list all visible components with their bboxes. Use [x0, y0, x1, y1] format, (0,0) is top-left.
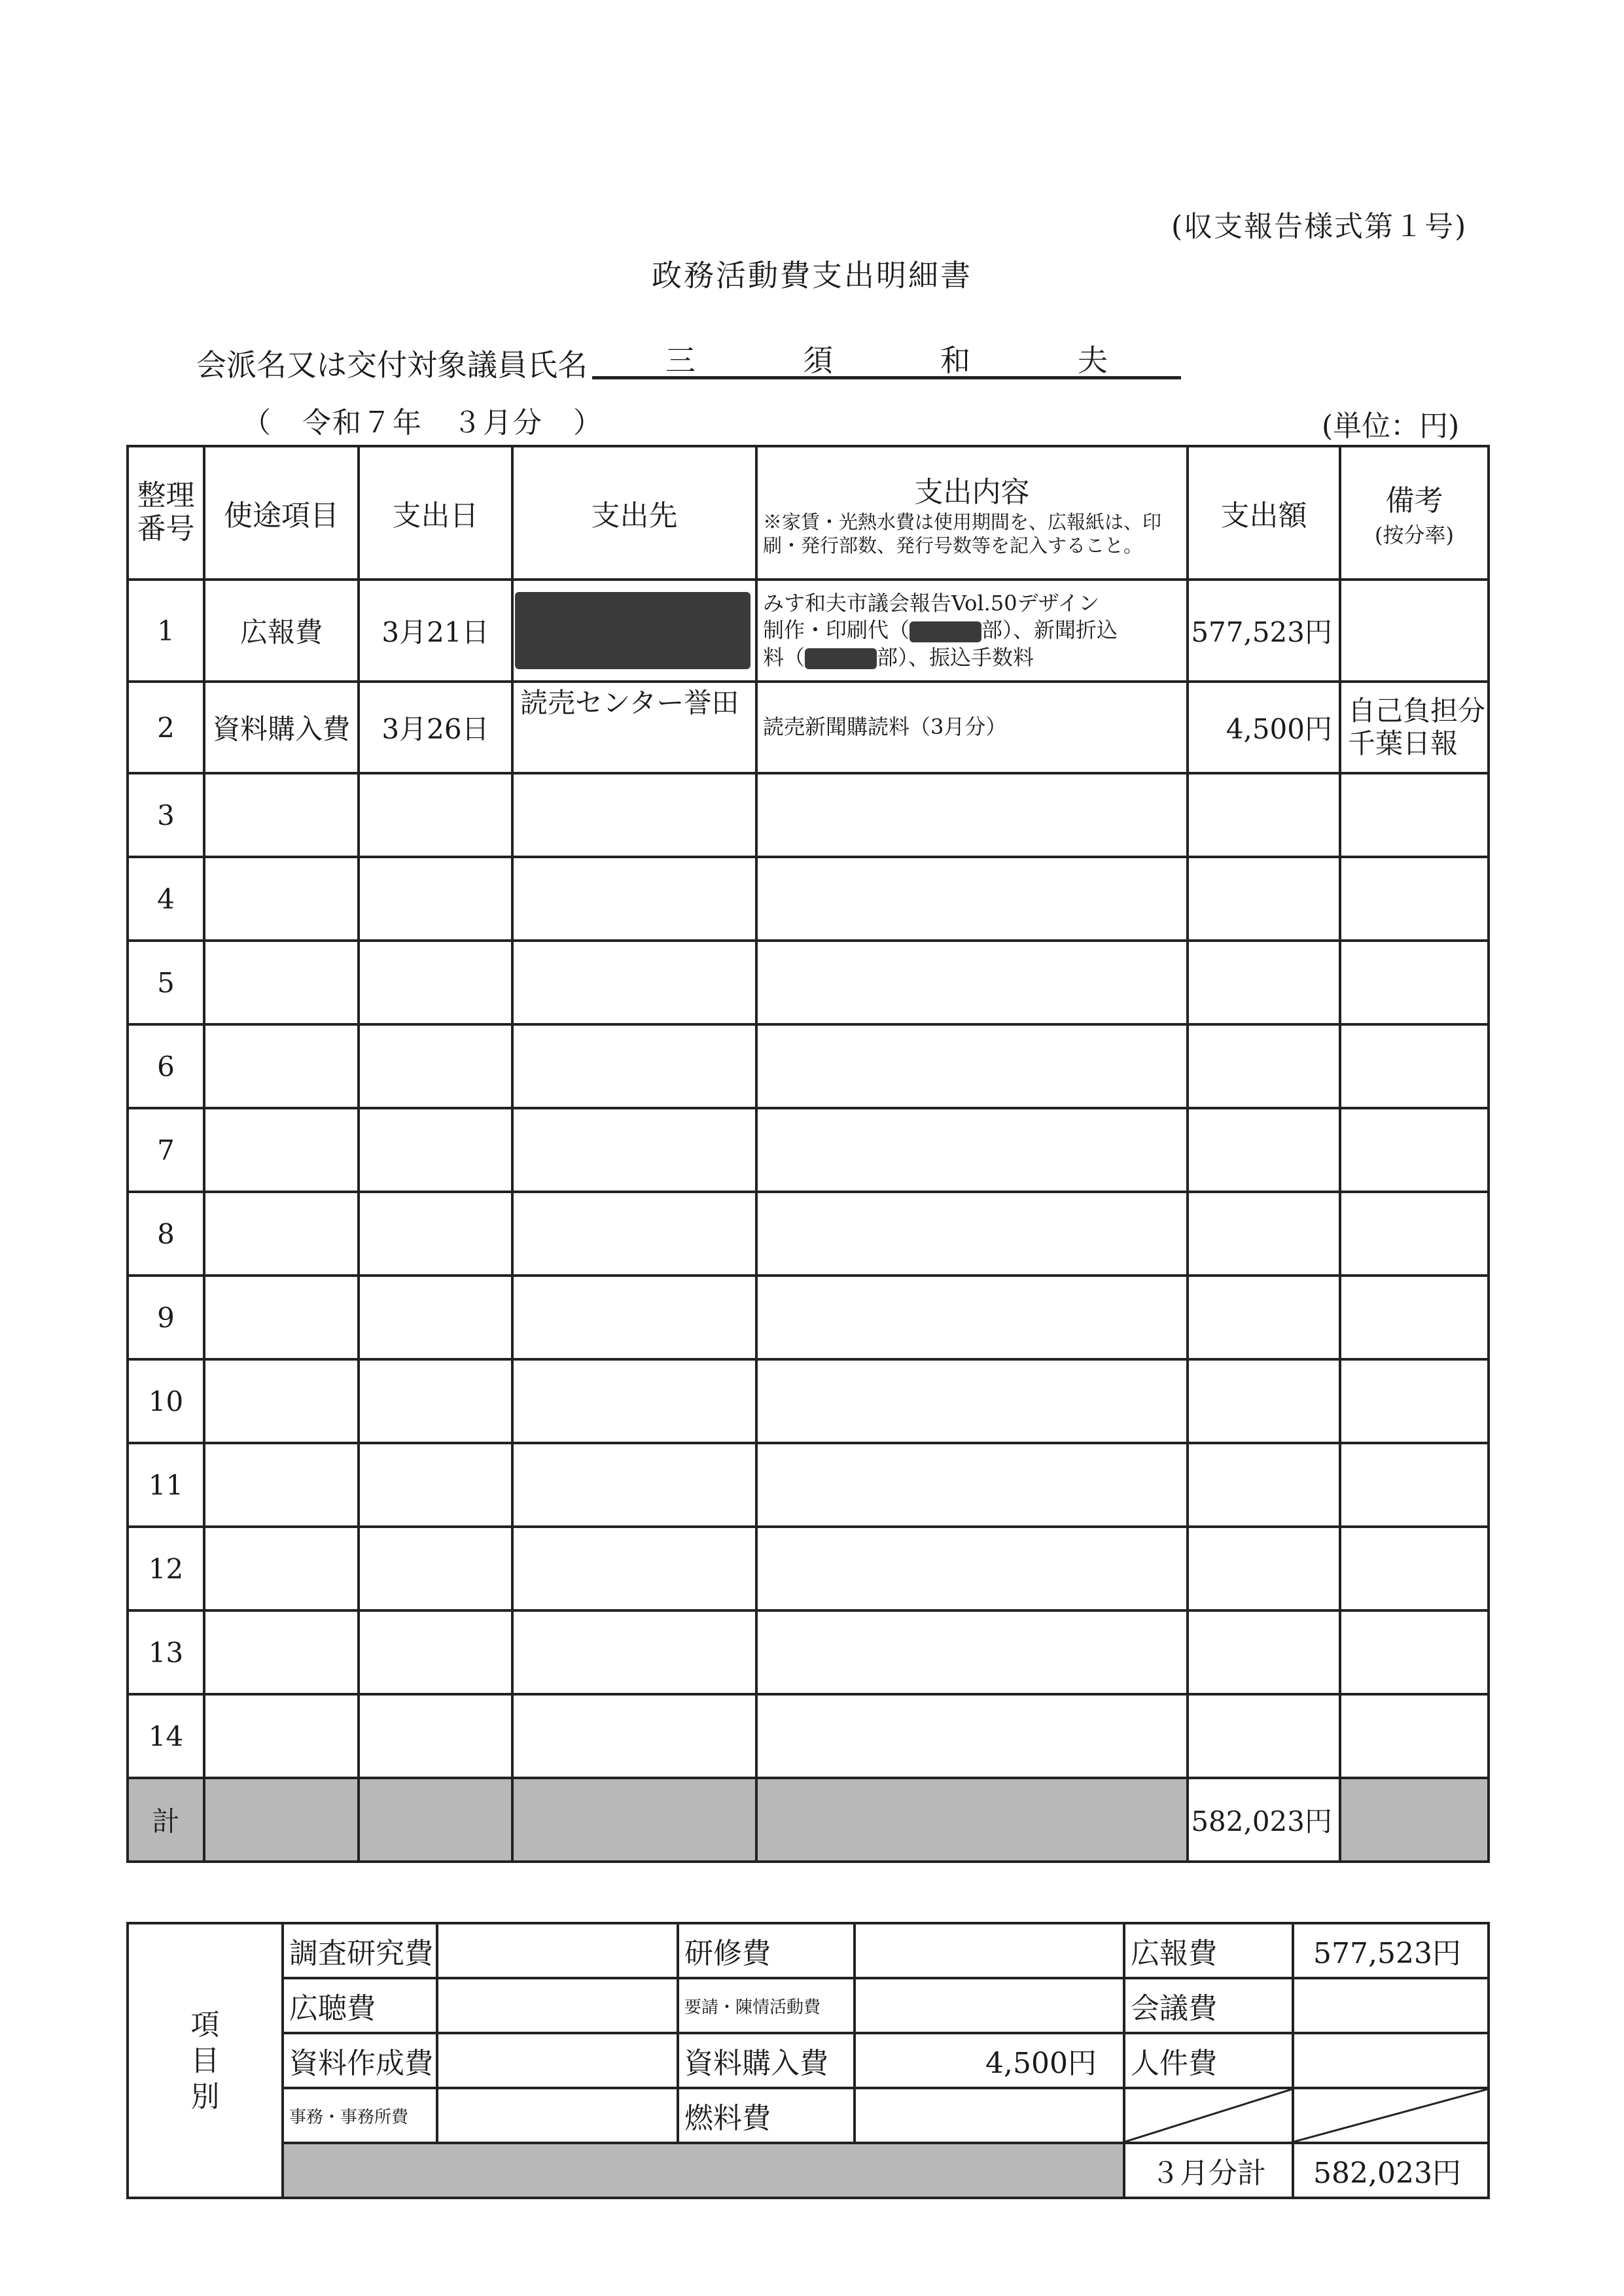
row-empty-cell [1340, 1108, 1489, 1192]
summary-value [855, 1923, 1124, 1978]
table-row: 9 [128, 1276, 1489, 1359]
row-empty-cell [756, 941, 1188, 1024]
row-empty-cell [204, 1694, 359, 1778]
header-remarks-sub: (按分率) [1341, 519, 1487, 549]
summary-total-empty [283, 2143, 1124, 2198]
row-no: 11 [128, 1443, 204, 1527]
row-empty-cell [512, 941, 756, 1024]
summary-label: 会議費 [1124, 1978, 1293, 2033]
header-no: 整理番号 [128, 446, 204, 580]
table-row: 5 [128, 941, 1489, 1024]
diagonal-line-icon [1294, 2089, 1487, 2142]
row-empty-cell [359, 1108, 512, 1192]
summary-value: 577,523円 [1293, 1923, 1489, 1978]
row-empty-cell [1188, 773, 1340, 857]
row-empty-cell [756, 1443, 1188, 1527]
month-total-label: ３月分計 [1124, 2143, 1293, 2198]
row-no: 1 [128, 580, 204, 682]
row-empty-cell [359, 857, 512, 941]
total-empty [1340, 1778, 1489, 1862]
row-empty-cell [1188, 1108, 1340, 1192]
row-date: 3月21日 [359, 580, 512, 682]
row-empty-cell [359, 1694, 512, 1778]
row-content: みす和夫市議会報告Vol.50デザイン 制作・印刷代（部）、新聞折込 料（部）、… [756, 580, 1188, 682]
table-row: 8 [128, 1192, 1489, 1276]
row-amount: 577,523円 [1188, 580, 1340, 682]
row-empty-cell [204, 857, 359, 941]
summary-value [855, 1978, 1124, 2033]
row-empty-cell [1340, 1359, 1489, 1443]
row-empty-cell [1188, 941, 1340, 1024]
header-remarks-title: 備考 [1341, 477, 1487, 519]
report-period: （ 令和７年 ３月分 ） [242, 399, 603, 441]
member-name-char: 夫 [1078, 337, 1108, 380]
row-empty-cell [756, 1527, 1188, 1610]
row-empty-cell [204, 1108, 359, 1192]
summary-value [437, 1978, 678, 2033]
header-category: 使途項目 [204, 446, 359, 580]
row-empty-cell [1340, 1024, 1489, 1108]
row-empty-cell [512, 1610, 756, 1694]
redaction-block [909, 621, 981, 642]
diagonal-strike-cell [1293, 2088, 1489, 2143]
total-empty [204, 1778, 359, 1862]
row-empty-cell [1188, 1024, 1340, 1108]
total-row: 計 582,023円 [128, 1778, 1489, 1862]
row-amount: 4,500円 [1188, 682, 1340, 773]
row-empty-cell [512, 1359, 756, 1443]
row-empty-cell [359, 1443, 512, 1527]
summary-label: 研修費 [678, 1923, 855, 1978]
row-no: 12 [128, 1527, 204, 1610]
row-empty-cell [204, 1359, 359, 1443]
summary-value [1293, 1978, 1489, 2033]
row-empty-cell [359, 1276, 512, 1359]
row-category: 広報費 [204, 580, 359, 682]
header-payee: 支出先 [512, 446, 756, 580]
row-empty-cell [204, 1024, 359, 1108]
header-amount: 支出額 [1188, 446, 1340, 580]
row-no: 13 [128, 1610, 204, 1694]
table-row: 7 [128, 1108, 1489, 1192]
summary-value: 4,500円 [855, 2033, 1124, 2088]
row-empty-cell [359, 1359, 512, 1443]
row-empty-cell [1340, 1443, 1489, 1527]
row-empty-cell [512, 1276, 756, 1359]
row-no: 7 [128, 1108, 204, 1192]
row-empty-cell [204, 1192, 359, 1276]
row-empty-cell [756, 1694, 1188, 1778]
row-empty-cell [512, 1192, 756, 1276]
table-row: 6 [128, 1024, 1489, 1108]
row-empty-cell [204, 1443, 359, 1527]
row-no: 14 [128, 1694, 204, 1778]
row-category: 資料購入費 [204, 682, 359, 773]
row-empty-cell [1188, 1359, 1340, 1443]
month-total-value: 582,023円 [1293, 2143, 1489, 2198]
table-row: 3 [128, 773, 1489, 857]
row-no: 10 [128, 1359, 204, 1443]
row-empty-cell [1188, 857, 1340, 941]
category-summary-table: 項目別 調査研究費 研修費 広報費 577,523円 広聴費 要請・陳情活動費 … [126, 1922, 1490, 2199]
row-empty-cell [1188, 1610, 1340, 1694]
table-row: 4 [128, 857, 1489, 941]
table-row: 14 [128, 1694, 1489, 1778]
table-row: 11 [128, 1443, 1489, 1527]
header-remarks: 備考 (按分率) [1340, 446, 1489, 580]
summary-row: 広聴費 要請・陳情活動費 会議費 [128, 1978, 1489, 2033]
expense-detail-table: 整理番号 使途項目 支出日 支出先 支出内容 ※家賃・光熱水費は使用期間を、広報… [126, 445, 1490, 1863]
row-no: 4 [128, 857, 204, 941]
row-empty-cell [359, 1527, 512, 1610]
row-empty-cell [1340, 941, 1489, 1024]
row-no: 2 [128, 682, 204, 773]
row-empty-cell [204, 773, 359, 857]
total-empty [512, 1778, 756, 1862]
row-no: 5 [128, 941, 204, 1024]
table-row: 13 [128, 1610, 1489, 1694]
row-empty-cell [359, 1024, 512, 1108]
row-empty-cell [756, 1610, 1188, 1694]
row-remarks [1340, 580, 1489, 682]
row-empty-cell [756, 1276, 1188, 1359]
row-empty-cell [1188, 1443, 1340, 1527]
row-date: 3月26日 [359, 682, 512, 773]
content-line: みす和夫市議会報告Vol.50デザイン [763, 591, 1099, 616]
summary-value [1293, 2033, 1489, 2088]
row-empty-cell [756, 1108, 1188, 1192]
summary-label: 人件費 [1124, 2033, 1293, 2088]
row-empty-cell [204, 1610, 359, 1694]
row-empty-cell [1188, 1527, 1340, 1610]
diagonal-strike-cell [1124, 2088, 1293, 2143]
total-label: 計 [128, 1778, 204, 1862]
row-empty-cell [1188, 1276, 1340, 1359]
row-no: 6 [128, 1024, 204, 1108]
row-empty-cell [756, 1192, 1188, 1276]
row-no: 3 [128, 773, 204, 857]
member-name-field: 三 須 和 夫 [592, 340, 1181, 379]
summary-label: 事務・事務所費 [283, 2088, 437, 2143]
unit-label: (単位：円) [1322, 402, 1459, 444]
remarks-text: 自己負担分千葉日報 [1348, 695, 1485, 761]
total-empty [756, 1778, 1188, 1862]
row-empty-cell [1340, 773, 1489, 857]
row-empty-cell [359, 941, 512, 1024]
form-number: (収支報告様式第１号) [1171, 203, 1467, 245]
summary-label: 広聴費 [283, 1978, 437, 2033]
row-empty-cell [512, 1108, 756, 1192]
header-date: 支出日 [359, 446, 512, 580]
row-empty-cell [1340, 1610, 1489, 1694]
content-line: 制作・印刷代（ [763, 617, 909, 642]
row-remarks: 自己負担分千葉日報 [1340, 682, 1489, 773]
row-empty-cell [1340, 1192, 1489, 1276]
summary-label: 調査研究費 [283, 1923, 437, 1978]
summary-value [437, 1923, 678, 1978]
header-content: 支出内容 ※家賃・光熱水費は使用期間を、広報紙は、印刷・発行部数、発行号数等を記… [756, 446, 1188, 580]
table-row: 10 [128, 1359, 1489, 1443]
total-amount: 582,023円 [1188, 1778, 1340, 1862]
member-name-label: 会派名又は交付対象議員氏名 [196, 341, 588, 385]
summary-label: 広報費 [1124, 1923, 1293, 1978]
row-empty-cell [1340, 1694, 1489, 1778]
row-payee: 読売センター誉田 [512, 682, 756, 773]
summary-value [437, 2033, 678, 2088]
row-empty-cell [1340, 1276, 1489, 1359]
content-line: 部）、新聞折込 [981, 617, 1118, 642]
row-empty-cell [204, 941, 359, 1024]
row-empty-cell [204, 1527, 359, 1610]
header-content-title: 支出内容 [758, 468, 1186, 510]
row-empty-cell [359, 1610, 512, 1694]
row-empty-cell [512, 1443, 756, 1527]
row-empty-cell [512, 857, 756, 941]
row-empty-cell [756, 773, 1188, 857]
row-empty-cell [512, 1527, 756, 1610]
table-row: 1 広報費 3月21日 みす和夫市議会報告Vol.50デザイン 制作・印刷代（部… [128, 580, 1489, 682]
summary-label: 資料購入費 [678, 2033, 855, 2088]
row-empty-cell [512, 773, 756, 857]
row-empty-cell [512, 1694, 756, 1778]
summary-row: 項目別 調査研究費 研修費 広報費 577,523円 [128, 1923, 1489, 1978]
content-line: 部）、振込手数料 [877, 645, 1034, 670]
summary-row: 事務・事務所費 燃料費 [128, 2088, 1489, 2143]
member-name-char: 三 [665, 337, 696, 380]
row-empty-cell [756, 1024, 1188, 1108]
row-empty-cell [756, 857, 1188, 941]
diagonal-line-icon [1125, 2089, 1292, 2142]
summary-value [855, 2088, 1124, 2143]
row-content: 読売新聞購読料（3月分） [756, 682, 1188, 773]
summary-row: 資料作成費 資料購入費 4,500円 人件費 [128, 2033, 1489, 2088]
row-empty-cell [512, 1024, 756, 1108]
summary-side-label: 項目別 [128, 1923, 283, 2198]
summary-label: 要請・陳情活動費 [678, 1978, 855, 2033]
summary-total-row: ３月分計 582,023円 [128, 2143, 1489, 2198]
summary-label: 燃料費 [678, 2088, 855, 2143]
content-line: 料（ [763, 645, 805, 670]
summary-value [437, 2088, 678, 2143]
row-empty-cell [1188, 1192, 1340, 1276]
row-empty-cell [756, 1359, 1188, 1443]
side-label-text: 項目別 [191, 2007, 220, 2115]
document-title: 政務活動費支出明細書 [0, 252, 1624, 295]
row-no: 9 [128, 1276, 204, 1359]
redaction-block [805, 648, 877, 669]
member-name-char: 和 [940, 337, 970, 380]
row-no: 8 [128, 1192, 204, 1276]
row-empty-cell [204, 1276, 359, 1359]
row-payee [512, 580, 756, 682]
table-header-row: 整理番号 使途項目 支出日 支出先 支出内容 ※家賃・光熱水費は使用期間を、広報… [128, 446, 1489, 580]
redaction-block [515, 592, 750, 669]
table-row: 2 資料購入費 3月26日 読売センター誉田 読売新聞購読料（3月分） 4,50… [128, 682, 1489, 773]
header-content-note: ※家賃・光熱水費は使用期間を、広報紙は、印刷・発行部数、発行号数等を記入すること… [758, 510, 1186, 558]
row-empty-cell [1340, 857, 1489, 941]
member-name-char: 須 [803, 337, 833, 380]
row-empty-cell [1340, 1527, 1489, 1610]
row-empty-cell [359, 1192, 512, 1276]
summary-label: 資料作成費 [283, 2033, 437, 2088]
table-row: 12 [128, 1527, 1489, 1610]
total-empty [359, 1778, 512, 1862]
row-empty-cell [1188, 1694, 1340, 1778]
row-empty-cell [359, 773, 512, 857]
